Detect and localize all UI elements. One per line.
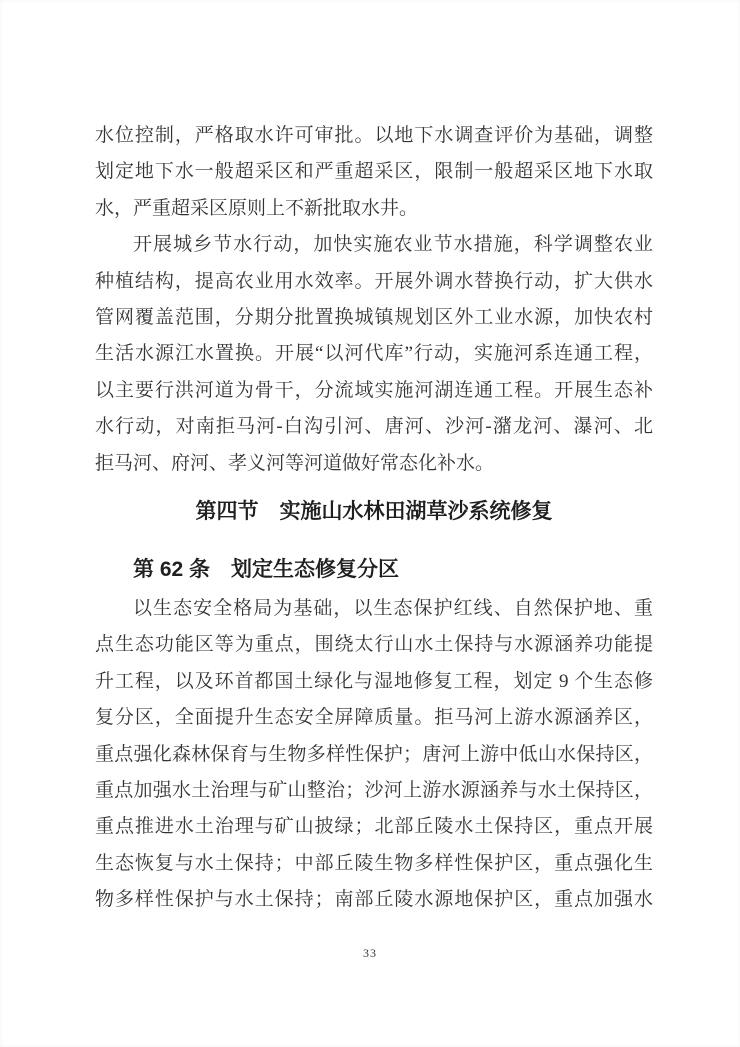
text-line: 划定地下水一般超采区和严重超采区，限制一般超采区地下水取: [95, 154, 653, 190]
text-line: 管网覆盖范围，分期分批置换城镇规划区外工业水源，加快农村: [95, 300, 653, 336]
text-line: 重点加强水土治理与矿山整治；沙河上游水源涵养与水土保持区，: [95, 773, 653, 809]
text-line: 生活水源江水置换。开展“以河代库”行动，实施河系连通工程，: [95, 336, 653, 372]
text-line: 重点推进水土治理与矿山披绿；北部丘陵水土保持区，重点开展: [95, 809, 653, 845]
body-paragraph: 水位控制，严格取水许可审批。以地下水调查评价为基础，调整划定地下水一般超采区和严…: [95, 118, 653, 227]
text-line: 物多样性保护与水土保持；南部丘陵水源地保护区，重点加强水: [95, 882, 653, 918]
text-line: 种植结构，提高农业用水效率。开展外调水替换行动，扩大供水: [95, 264, 653, 300]
text-line: 重点强化森林保育与生物多样性保护；唐河上游中低山水保持区，: [95, 737, 653, 773]
body-paragraph: 开展城乡节水行动，加快实施农业节水措施，科学调整农业种植结构，提高农业用水效率。…: [95, 227, 653, 482]
page-number: 33: [363, 946, 377, 960]
text-line: 以生态安全格局为基础，以生态保护红线、自然保护地、重: [95, 591, 653, 627]
text-line: 开展城乡节水行动，加快实施农业节水措施，科学调整农业: [95, 227, 653, 263]
text-line: 拒马河、府河、孝义河等河道做好常态化补水。: [95, 446, 653, 482]
text-line: 以主要行洪河道为骨干，分流域实施河湖连通工程。开展生态补: [95, 373, 653, 409]
page-footer: 33: [0, 944, 740, 962]
document-content: 水位控制，严格取水许可审批。以地下水调查评价为基础，调整划定地下水一般超采区和严…: [95, 118, 653, 919]
text-line: 点生态功能区等为重点，围绕太行山水土保持与水源涵养功能提: [95, 627, 653, 663]
document-page: 水位控制，严格取水许可审批。以地下水调查评价为基础，调整划定地下水一般超采区和严…: [0, 0, 740, 1047]
text-line: 水行动，对南拒马河-白沟引河、唐河、沙河-潴龙河、瀑河、北: [95, 409, 653, 445]
text-line: 升工程，以及环首都国土绿化与湿地修复工程，划定 9 个生态修: [95, 664, 653, 700]
body-paragraph: 以生态安全格局为基础，以生态保护红线、自然保护地、重点生态功能区等为重点，围绕太…: [95, 591, 653, 919]
section-heading: 第四节 实施山水林田湖草沙系统修复: [95, 494, 653, 530]
text-line: 水，严重超采区原则上不新批取水井。: [95, 191, 653, 227]
article-heading: 第 62 条 划定生态修复分区: [95, 552, 653, 588]
text-line: 生态恢复与水土保持；中部丘陵生物多样性保护区，重点强化生: [95, 846, 653, 882]
text-line: 水位控制，严格取水许可审批。以地下水调查评价为基础，调整: [95, 118, 653, 154]
text-line: 复分区，全面提升生态安全屏障质量。拒马河上游水源涵养区，: [95, 700, 653, 736]
